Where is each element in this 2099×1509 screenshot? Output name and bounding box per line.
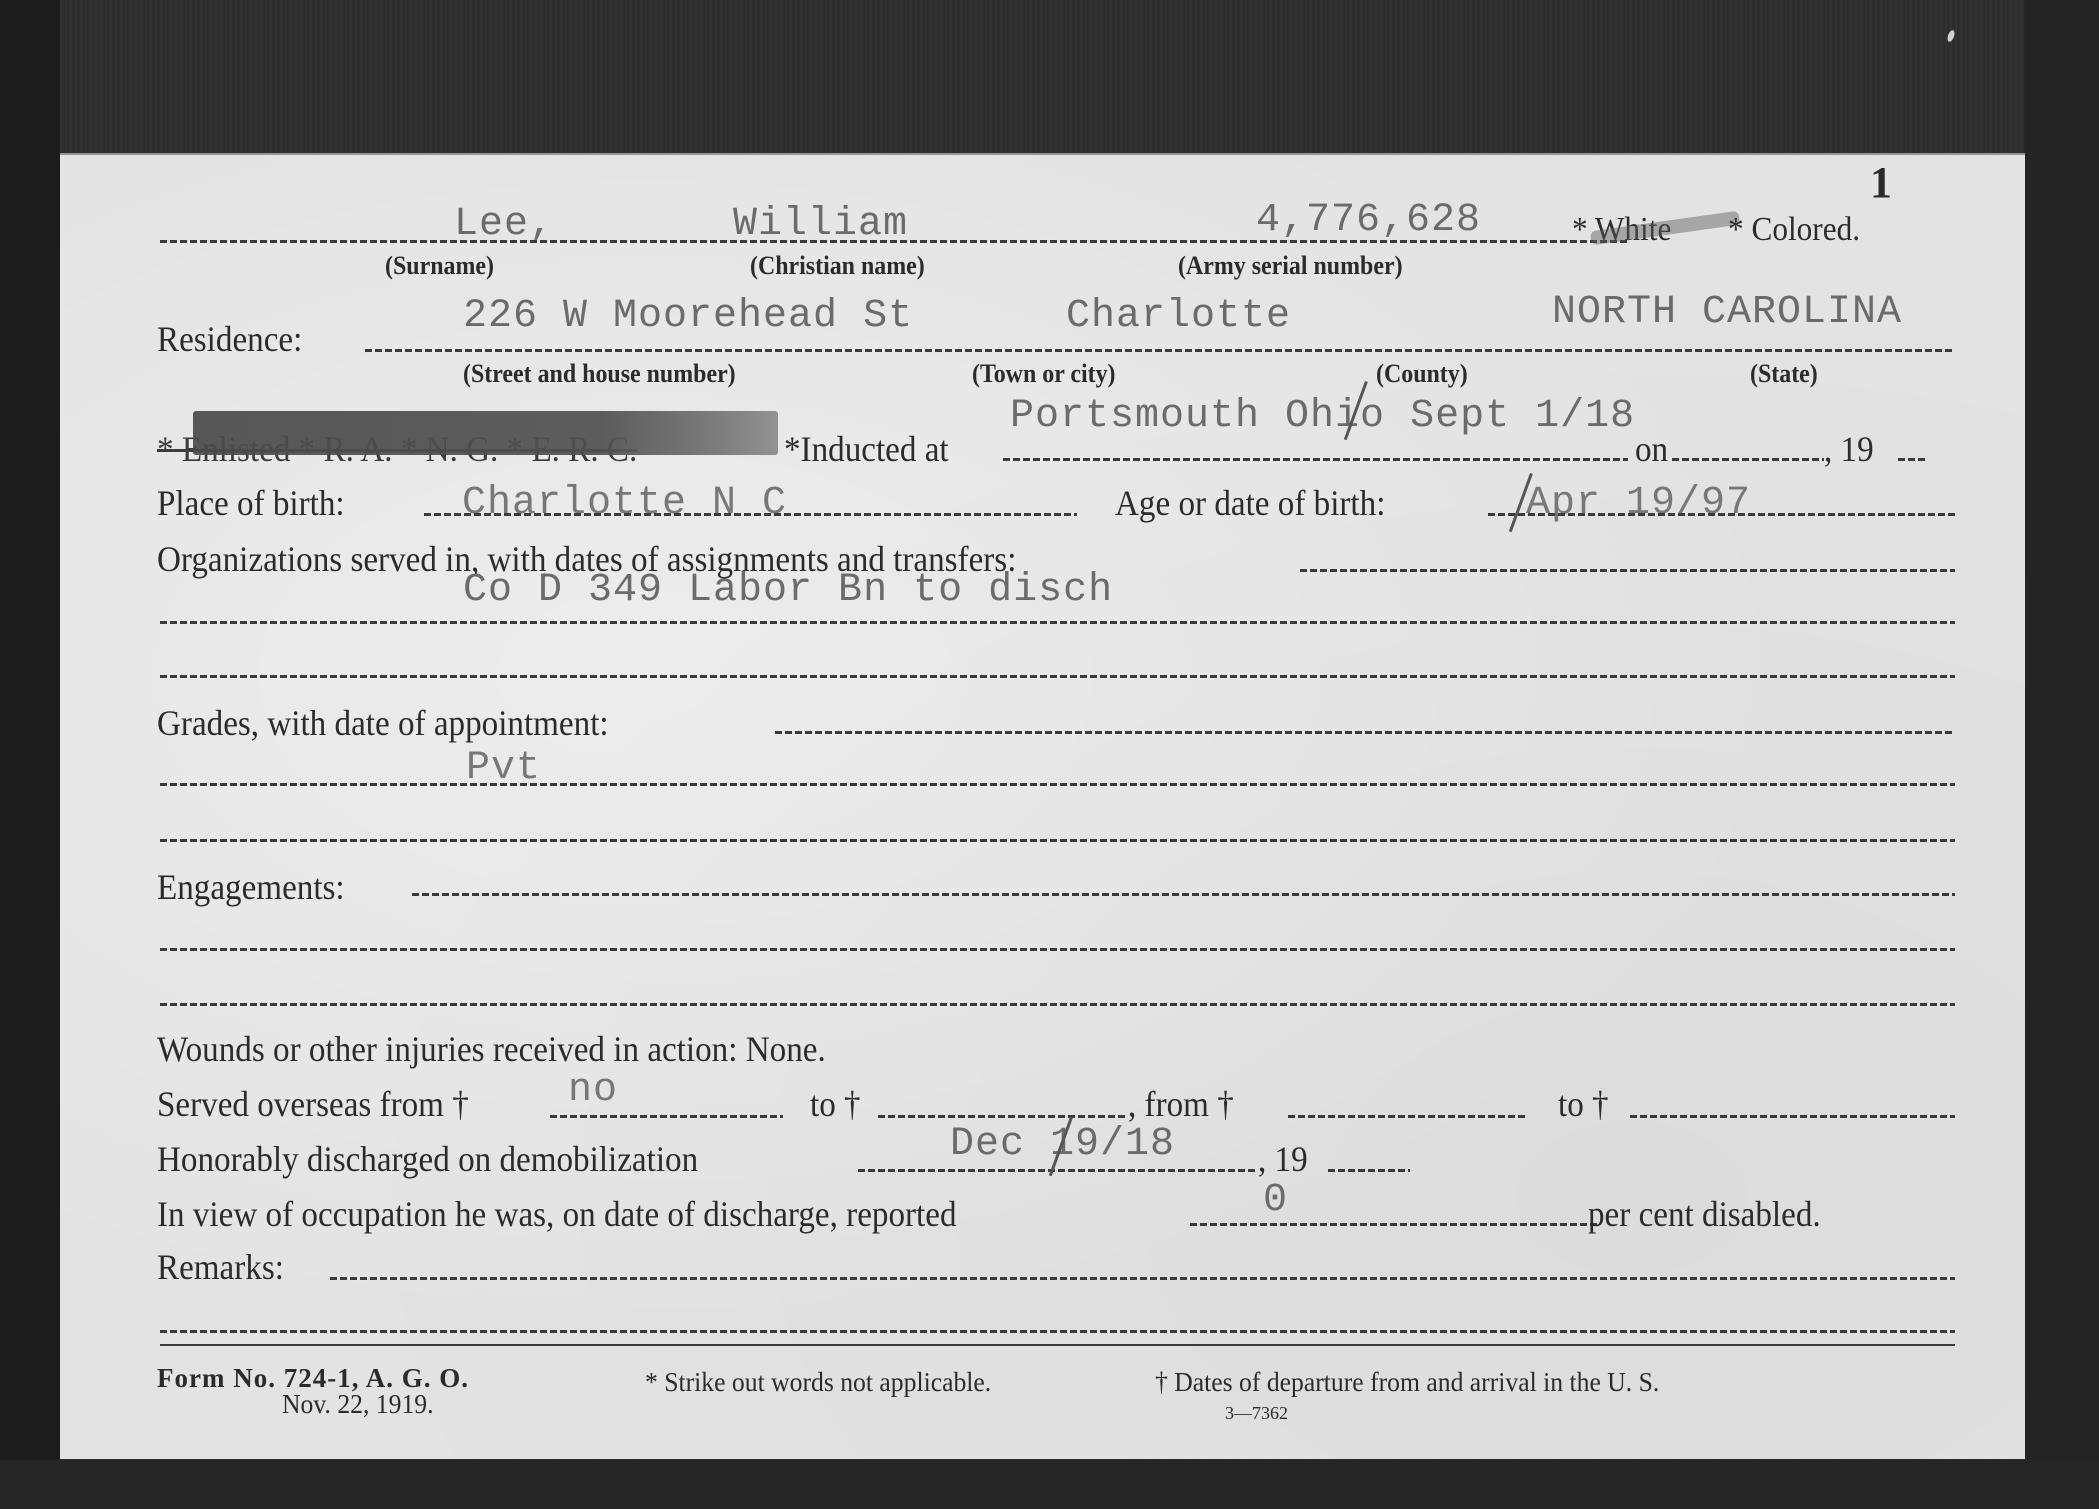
redaction-bar <box>193 411 778 455</box>
christian-name-label: (Christian name) <box>750 253 925 279</box>
engagements-line-2 <box>160 948 1955 951</box>
inducted-at-value: Portsmouth Ohio Sept 1/18 <box>1010 397 1635 437</box>
form-date: Nov. 22, 1919. <box>282 1389 434 1420</box>
residence-line <box>365 349 1955 352</box>
remarks-line-1 <box>330 1277 1955 1280</box>
discharge-date-line <box>858 1169 1258 1172</box>
engagements-line-1 <box>412 893 1955 896</box>
grades-line-2 <box>160 783 1955 786</box>
county-label: (County) <box>1376 361 1468 387</box>
organizations-value: Co D 349 Labor Bn to disch <box>463 571 1113 611</box>
engagements-label: Engagements: <box>157 869 345 905</box>
place-of-birth-value: Charlotte N C <box>462 484 787 524</box>
grades-line-3 <box>160 839 1955 842</box>
remarks-line-2 <box>160 1330 1955 1333</box>
print-code: 3—7362 <box>1225 1403 1288 1424</box>
race-colored-option: * Colored. <box>1728 213 1860 247</box>
date-of-birth-value: Apr 19/97 <box>1526 484 1751 524</box>
overseas-to-line <box>878 1115 1128 1118</box>
date-of-birth-line <box>1488 513 1955 516</box>
served-overseas-label: Served overseas from † <box>157 1086 469 1122</box>
scan-border-bottom <box>0 1460 2099 1509</box>
remarks-label: Remarks: <box>157 1249 284 1285</box>
street-label: (Street and house number) <box>463 361 736 387</box>
service-record-card: 1 Lee, William 4,776,628 * White * Color… <box>60 153 2025 1459</box>
organizations-line-1 <box>1300 569 1955 572</box>
footer-divider <box>160 1344 1955 1346</box>
organizations-line-3 <box>160 675 1955 678</box>
place-of-birth-label: Place of birth: <box>157 485 345 521</box>
serial-number-value: 4,776,628 <box>1256 201 1481 241</box>
wounds-label: Wounds or other injuries received in act… <box>157 1031 826 1067</box>
grades-line-1 <box>775 731 1955 734</box>
organizations-line-2 <box>160 621 1955 624</box>
residence-street-value: 226 W Moorehead St <box>463 297 913 337</box>
inducted-year-label: , 19 <box>1824 431 1874 467</box>
dust-speck <box>1946 29 1956 42</box>
residence-label: Residence: <box>157 321 302 357</box>
discharge-year-label: , 19 <box>1258 1141 1308 1177</box>
disability-line <box>1190 1223 1600 1226</box>
town-label: (Town or city) <box>972 361 1116 387</box>
discharge-label: Honorably discharged on demobilization <box>157 1141 698 1177</box>
disability-percent-value: 0 <box>1263 1181 1288 1221</box>
overseas-from2-line <box>1288 1115 1528 1118</box>
inducted-year-line <box>1898 458 1928 461</box>
scan-border-left <box>0 0 60 1509</box>
residence-town-value: Charlotte <box>1066 297 1291 337</box>
discharge-year-line <box>1328 1169 1410 1172</box>
place-of-birth-line <box>424 513 1077 516</box>
overseas-from-line <box>550 1115 783 1118</box>
inducted-on-label: on <box>1635 431 1668 467</box>
surname-value: Lee, <box>454 205 554 245</box>
dates-note: † Dates of departure from and arrival in… <box>1155 1367 1659 1398</box>
page-number: 1 <box>1870 157 1892 208</box>
inducted-date-line <box>1672 458 1824 461</box>
state-label: (State) <box>1750 361 1818 387</box>
engagements-line-3 <box>160 1003 1955 1006</box>
christian-name-value: William <box>733 205 908 245</box>
overseas-to2-label: to † <box>1558 1086 1609 1122</box>
name-line <box>160 240 1630 243</box>
overseas-from2-label: , from † <box>1128 1086 1234 1122</box>
scan-border-right <box>2025 0 2099 1509</box>
inducted-at-line <box>1003 458 1628 461</box>
surname-label: (Surname) <box>385 253 494 279</box>
overseas-to-label: to † <box>810 1086 861 1122</box>
served-overseas-from-value: no <box>568 1071 618 1111</box>
overseas-to2-line <box>1630 1115 1955 1118</box>
date-of-birth-label: Age or date of birth: <box>1115 485 1385 521</box>
inducted-label: *Inducted at <box>784 431 949 467</box>
grades-label: Grades, with date of appointment: <box>157 705 609 741</box>
serial-number-label: (Army serial number) <box>1178 253 1403 279</box>
residence-state-value: NORTH CAROLINA <box>1552 293 1902 333</box>
disability-label: In view of occupation he was, on date of… <box>157 1196 957 1232</box>
strike-out-note: * Strike out words not applicable. <box>645 1367 991 1398</box>
disability-suffix: per cent disabled. <box>1588 1196 1821 1232</box>
